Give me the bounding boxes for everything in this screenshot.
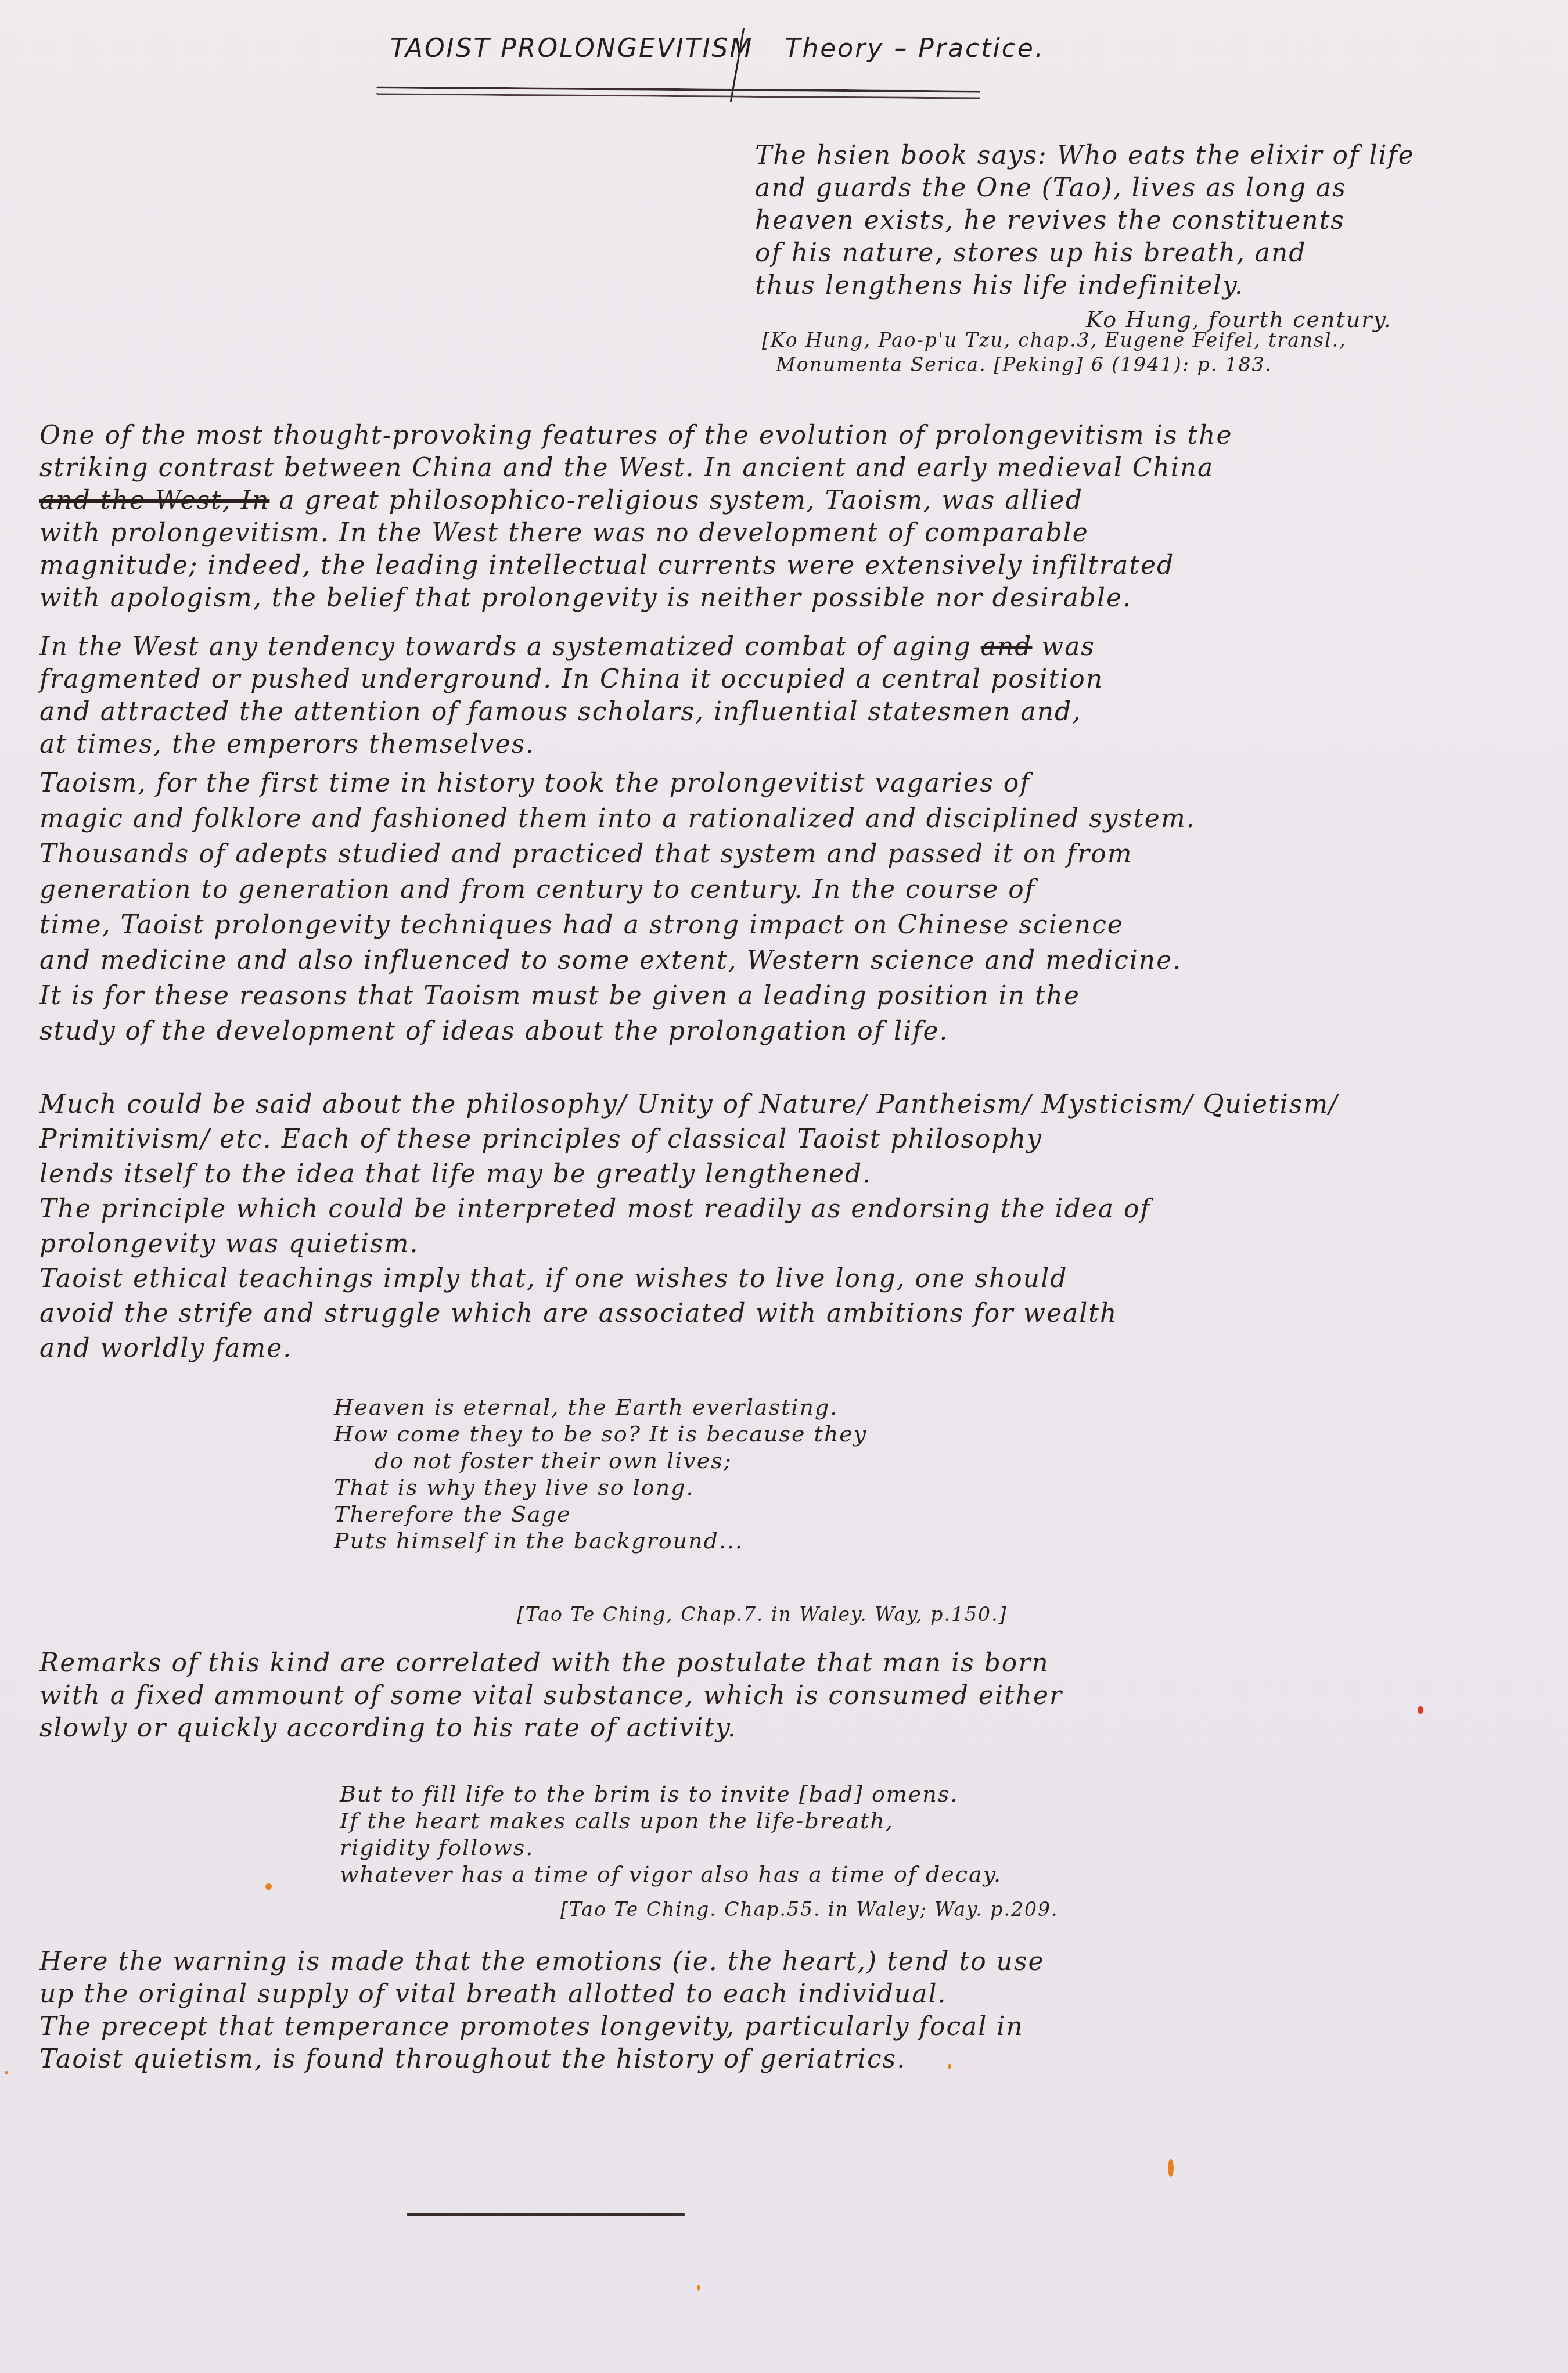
quote-line: Heaven is eternal, the Earth everlasting… [334,1394,867,1421]
epigraph-line: The hsien book says: Who eats the elixir… [755,139,1446,172]
quote-line: rigidity follows. [340,1834,1002,1861]
text-line: magic and folklore and fashioned them in… [39,801,1433,836]
text-line: prolongevity was quietism. [39,1227,1433,1261]
text-line: slowly or quickly according to his rate … [39,1712,1433,1745]
text-line: generation to generation and from centur… [39,872,1433,907]
text-line: magnitude; indeed, the leading intellect… [39,549,1433,582]
struck-text: and the West, In [39,486,269,515]
text-line: Remarks of this kind are correlated with… [39,1647,1433,1680]
text-line: Much could be said about the philosophy/… [39,1087,1433,1122]
block-quote-2: But to fill life to the brim is to invit… [340,1781,1002,1887]
title-main: TAOIST PROLONGEVITISM [390,34,754,63]
orange-ink-dot [697,2285,700,2291]
text-line: Taoist quietism, is found throughout the… [39,2043,1433,2076]
text-line: Taoism, for the first time in history to… [39,765,1433,801]
page-title: TAOIST PROLONGEVITISM Theory – Practice. [390,34,1045,63]
paragraph-5: Remarks of this kind are correlated with… [39,1647,1433,1745]
orange-ink-mark [1168,2159,1174,2177]
quote-line: whatever has a time of vigor also has a … [340,1861,1002,1887]
epigraph-line: and guards the One (Tao), lives as long … [755,172,1446,204]
text-line: fragmented or pushed underground. In Chi… [39,663,1433,696]
text-fragment: In the West any tendency towards a syste… [39,632,972,661]
text-line: It is for these reasons that Taoism must… [39,978,1433,1013]
epigraph-line: heaven exists, he revives the constituen… [755,204,1446,237]
text-line: with a fixed ammount of some vital subst… [39,1680,1433,1712]
text-line: Primitivism/ etc. Each of these principl… [39,1122,1433,1157]
text-line: study of the development of ideas about … [39,1013,1433,1049]
quote-line: do not foster their own lives; [334,1447,867,1474]
orange-ink-dot [5,2071,8,2074]
epigraph-citation: [Ko Hung, Pao-p'u Tzu, chap.3, Eugene Fe… [762,328,1347,377]
text-line-with-deletion: In the West any tendency towards a syste… [39,631,1433,663]
block-quote-1-citation: [Tao Te Ching, Chap.7. in Waley. Way, p.… [517,1603,1007,1626]
text-fragment: was [1041,632,1095,661]
text-line: striking contrast between China and the … [39,452,1433,484]
epigraph: The hsien book says: Who eats the elixir… [755,139,1446,302]
quote-line: How come they to be so? It is because th… [334,1421,867,1447]
text-line: time, Taoist prolongevity techniques had… [39,907,1433,943]
text-line: Thousands of adepts studied and practice… [39,836,1433,872]
text-line: Taoist ethical teachings imply that, if … [39,1261,1433,1296]
epigraph-line: thus lengthens his life indefinitely. [755,269,1446,302]
text-fragment: a great philosophico-religious system, T… [279,486,1083,515]
block-quote-1: Heaven is eternal, the Earth everlasting… [334,1394,867,1554]
quote-line: If the heart makes calls upon the life-b… [340,1807,1002,1834]
red-ink-dot [1418,1706,1423,1714]
text-line: lends itself to the idea that life may b… [39,1157,1433,1192]
quote-line: Therefore the Sage [334,1501,867,1527]
text-line: One of the most thought-provoking featur… [39,419,1433,452]
citation-line: Monumenta Serica. [Peking] 6 (1941): p. … [762,353,1347,377]
paragraph-3: Taoism, for the first time in history to… [39,765,1433,1049]
text-line: at times, the emperors themselves. [39,728,1433,761]
text-line: avoid the strife and struggle which are … [39,1296,1433,1331]
paragraph-2: In the West any tendency towards a syste… [39,631,1433,761]
text-line: with apologism, the belief that prolonge… [39,582,1433,614]
text-line: Here the warning is made that the emotio… [39,1946,1433,1978]
orange-ink-dot [948,2064,951,2069]
text-line: The precept that temperance promotes lon… [39,2011,1433,2043]
quote-line: But to fill life to the brim is to invit… [340,1781,1002,1807]
text-line: with prolongevitism. In the West there w… [39,517,1433,549]
paragraph-6: Here the warning is made that the emotio… [39,1946,1433,2076]
quote-line: That is why they live so long. [334,1474,867,1501]
text-line: and worldly fame. [39,1331,1433,1366]
block-quote-2-citation: [Tao Te Ching. Chap.55. in Waley; Way. p… [560,1898,1058,1921]
citation-line: [Ko Hung, Pao-p'u Tzu, chap.3, Eugene Fe… [762,328,1347,353]
text-line: and medicine and also influenced to some… [39,943,1433,978]
struck-word: and [981,632,1033,661]
title-subtitle: Theory – Practice. [785,34,1045,63]
end-of-text-rule [407,2213,685,2216]
text-line: up the original supply of vital breath a… [39,1978,1433,2011]
paragraph-1: One of the most thought-provoking featur… [39,419,1433,614]
text-line: The principle which could be interpreted… [39,1192,1433,1227]
quote-line: Puts himself in the background... [334,1527,867,1554]
epigraph-line: of his nature, stores up his breath, and [755,237,1446,269]
paragraph-4: Much could be said about the philosophy/… [39,1087,1433,1366]
text-line-with-deletion: and the West, In a great philosophico-re… [39,484,1433,517]
text-line: and attracted the attention of famous sc… [39,696,1433,728]
orange-ink-dot [265,1883,272,1890]
